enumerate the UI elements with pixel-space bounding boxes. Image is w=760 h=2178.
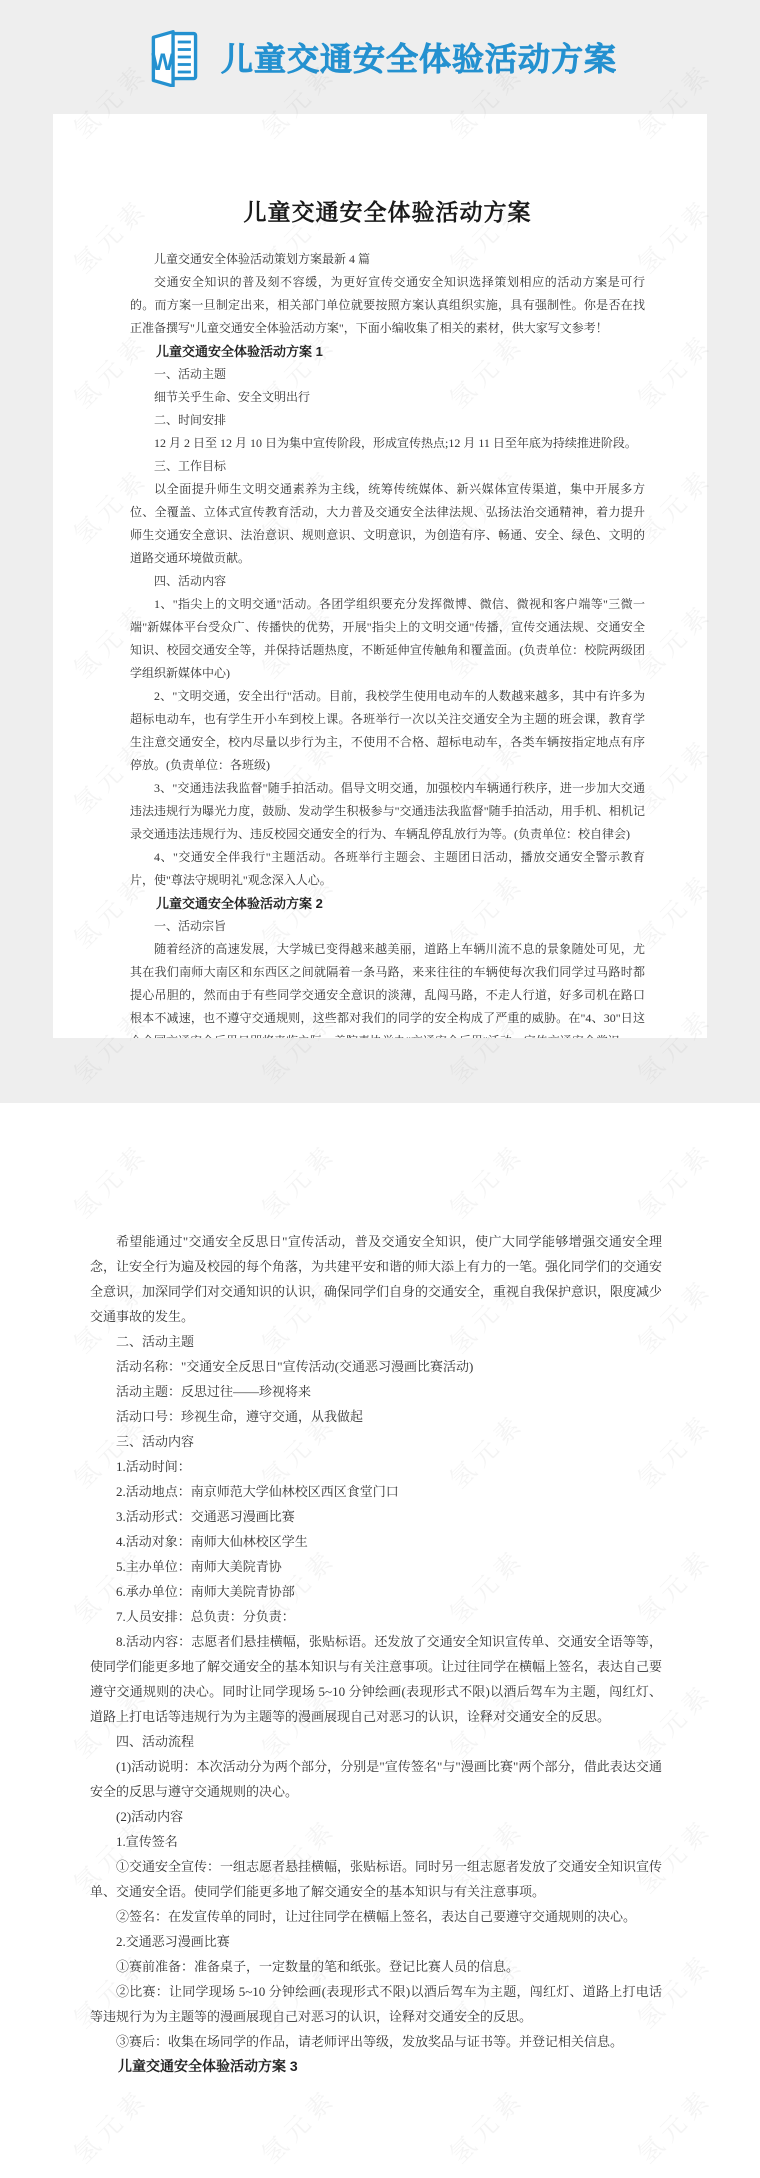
section-heading: 儿童交通安全体验活动方案 2	[130, 892, 645, 915]
paragraph: 8.活动内容：志愿者们悬挂横幅，张贴标语。还发放了交通安全知识宣传单、交通安全语…	[90, 1629, 662, 1729]
paragraph: 1、"指尖上的文明交通"活动。各团学组织要充分发挥微博、微信、微视和客户端等"三…	[130, 593, 645, 685]
paragraph: 细节关乎生命、安全文明出行	[130, 386, 645, 409]
paragraph: 二、活动主题	[90, 1329, 662, 1354]
document-body-2: 希望能通过"交通安全反思日"宣传活动，普及交通安全知识，使广大同学能够增强交通安…	[90, 1229, 662, 2079]
paragraph: 一、活动宗旨	[130, 915, 645, 938]
paragraph: 1.宣传签名	[90, 1829, 662, 1854]
paragraph: 12 月 2 日至 12 月 10 日为集中宣传阶段，形成宣传热点;12 月 1…	[130, 432, 645, 455]
paragraph: 5.主办单位：南师大美院青协	[90, 1554, 662, 1579]
paragraph: 活动口号：珍视生命，遵守交通，从我做起	[90, 1404, 662, 1429]
paragraph: ②比赛：让同学现场 5~10 分钟绘画(表现形式不限)以酒后驾车为主题，闯红灯、…	[90, 1979, 662, 2029]
paragraph: 7.人员安排：总负责：分负责：	[90, 1604, 662, 1629]
paragraph: 四、活动内容	[130, 570, 645, 593]
paragraph: ③赛后：收集在场同学的作品，请老师评出等级，发放奖品与证书等。并登记相关信息。	[90, 2029, 662, 2054]
paragraph: 三、活动内容	[90, 1429, 662, 1454]
paragraph: 2.交通恶习漫画比赛	[90, 1929, 662, 1954]
document-body-1: 儿童交通安全体验活动策划方案最新 4 篇交通安全知识的普及刻不容缓，为更好宣传交…	[130, 248, 645, 1038]
paragraph: 二、时间安排	[130, 409, 645, 432]
paragraph: 希望能通过"交通安全反思日"宣传活动，普及交通安全知识，使广大同学能够增强交通安…	[90, 1229, 662, 1329]
section-heading: 儿童交通安全体验活动方案 1	[130, 340, 645, 363]
paragraph: 三、工作目标	[130, 455, 645, 478]
document-page-2: 希望能通过"交通安全反思日"宣传活动，普及交通安全知识，使广大同学能够增强交通安…	[0, 1103, 760, 2178]
paragraph: 4.活动对象：南师大仙林校区学生	[90, 1529, 662, 1554]
paragraph: 6.承办单位：南师大美院青协部	[90, 1579, 662, 1604]
site-banner-title: 儿童交通安全体验活动方案	[221, 34, 617, 80]
paragraph: 2、"文明交通，安全出行"活动。目前，我校学生使用电动车的人数越来越多，其中有许…	[130, 685, 645, 777]
section-heading: 儿童交通安全体验活动方案 3	[90, 2054, 662, 2079]
paragraph: 1.活动时间：	[90, 1454, 662, 1479]
svg-text:W: W	[151, 49, 174, 76]
paragraph: 随着经济的高速发展，大学城已变得越来越美丽，道路上车辆川流不息的景象随处可见，尤…	[130, 938, 645, 1038]
paragraph: (1)活动说明：本次活动分为两个部分，分别是"宣传签名"与"漫画比赛"两个部分，…	[90, 1754, 662, 1804]
document-title: 儿童交通安全体验活动方案	[130, 194, 645, 227]
page-header: W 儿童交通安全体验活动方案	[0, 0, 760, 114]
paragraph: 活动主题：反思过往——珍视将来	[90, 1379, 662, 1404]
paragraph: 3、"交通违法我监督"随手拍活动。倡导文明交通，加强校内车辆通行秩序，进一步加大…	[130, 777, 645, 846]
paragraph: 以全面提升师生文明交通素养为主线，统筹传统媒体、新兴媒体宣传渠道，集中开展多方位…	[130, 478, 645, 570]
paragraph: ①赛前准备：准备桌子，一定数量的笔和纸张。登记比赛人员的信息。	[90, 1954, 662, 1979]
paragraph: 一、活动主题	[130, 363, 645, 386]
document-page-1: 儿童交通安全体验活动方案 儿童交通安全体验活动策划方案最新 4 篇交通安全知识的…	[53, 114, 707, 1038]
paragraph: 4、"交通安全伴我行"主题活动。各班举行主题会、主题团日活动，播放交通安全警示教…	[130, 846, 645, 892]
paragraph: ②签名：在发宣传单的同时，让过往同学在横幅上签名，表达自己要遵守交通规则的决心。	[90, 1904, 662, 1929]
paragraph: ①交通安全宣传：一组志愿者悬挂横幅，张贴标语。同时另一组志愿者发放了交通安全知识…	[90, 1854, 662, 1904]
paragraph: 2.活动地点：南京师范大学仙林校区西区食堂门口	[90, 1479, 662, 1504]
paragraph: 四、活动流程	[90, 1729, 662, 1754]
paragraph: 活动名称："交通安全反思日"宣传活动(交通恶习漫画比赛活动)	[90, 1354, 662, 1379]
paragraph: 3.活动形式：交通恶习漫画比赛	[90, 1504, 662, 1529]
paragraph: (2)活动内容	[90, 1804, 662, 1829]
paragraph: 儿童交通安全体验活动策划方案最新 4 篇	[130, 248, 645, 271]
paragraph: 交通安全知识的普及刻不容缓，为更好宣传交通安全知识选择策划相应的活动方案是可行的…	[130, 271, 645, 340]
word-document-icon: W	[143, 27, 205, 87]
